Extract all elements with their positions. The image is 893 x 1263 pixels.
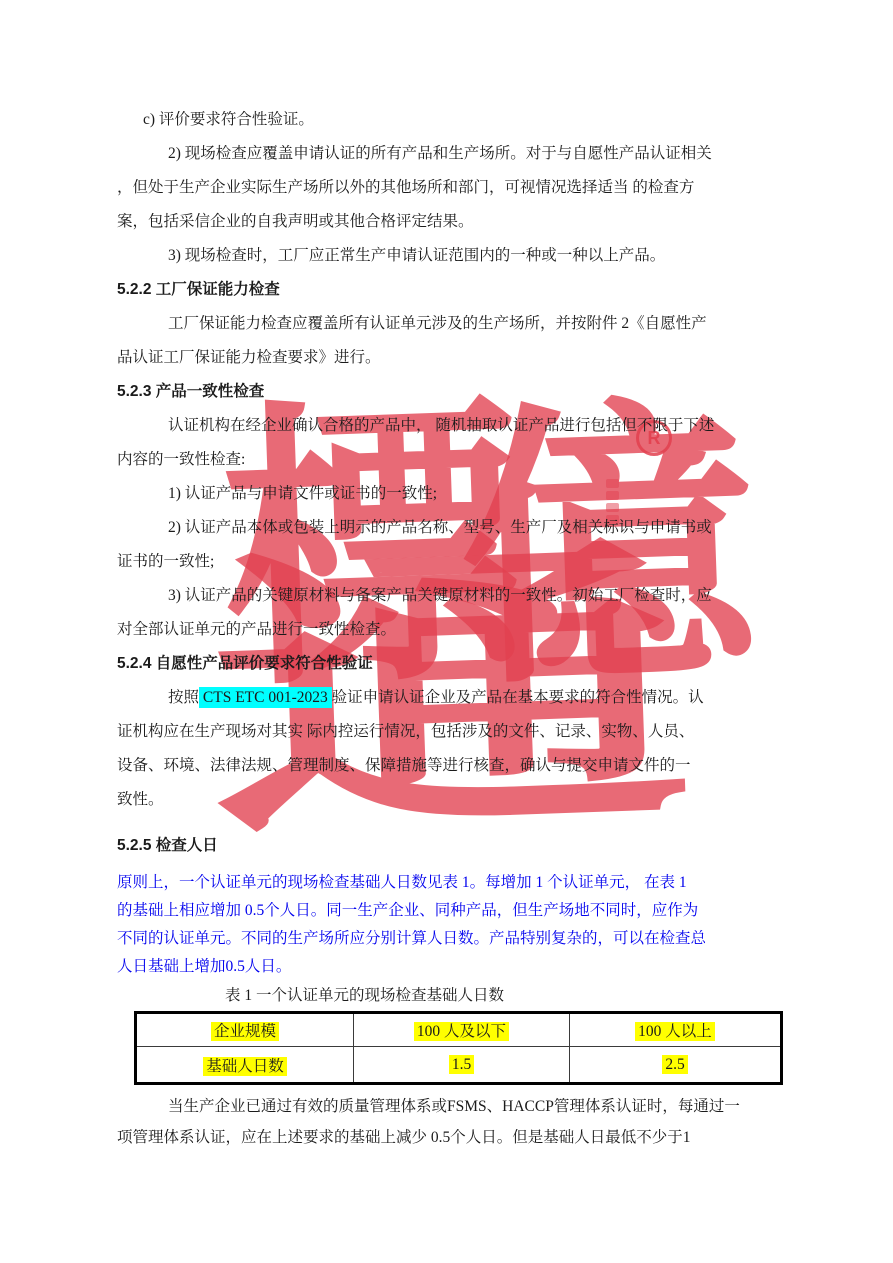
table-cell: 1.5	[354, 1047, 570, 1084]
table-caption: 表 1 一个认证单元的现场检查基础人日数	[117, 981, 777, 1011]
text-line: 设备、环境、法律法规、管理制度、保障措施等进行核查，确认与提交申请文件的一	[117, 749, 777, 783]
text-line: 认证机构在经企业确认合格的产品中， 随机抽取认证产品进行包括但不限于下述	[117, 409, 777, 443]
text-line: 证机构应在生产现场对其实 际内控运行情况，包括涉及的文件、记录、实物、人员、	[117, 715, 777, 749]
text-line-with-highlight: 按照 CTS ETC 001-2023 验证申请认证企业及产品在基本要求的符合性…	[117, 681, 777, 715]
text-line: 1) 认证产品与申请文件或证书的一致性;	[117, 477, 777, 511]
cell-highlight: 100 人及以下	[414, 1022, 509, 1041]
text-line: c) 评价要求符合性验证。	[117, 103, 777, 137]
text-line: ，但处于生产企业实际生产场所以外的其他场所和部门，可视情况选择适当 的检查方	[117, 171, 777, 205]
text-line: 致性。	[117, 783, 777, 817]
table-row: 基础人日数 1.5 2.5	[136, 1047, 782, 1084]
text-line: 的基础上相应增加 0.5个人日。同一生产企业、同种产品，但生产场地不同时，应作为	[117, 897, 777, 925]
table-row: 企业规模 100 人及以下 100 人以上	[136, 1013, 782, 1047]
text-line: 3) 现场检查时，工厂应正常生产申请认证范围内的一种或一种以上产品。	[117, 239, 777, 273]
section-heading-5-2-3: 5.2.3 产品一致性检查	[117, 375, 777, 409]
text-line: 品认证工厂保证能力检查要求》进行。	[117, 341, 777, 375]
table-cell: 2.5	[570, 1047, 782, 1084]
section-heading-5-2-4: 5.2.4 自愿性产品评价要求符合性验证	[117, 647, 777, 681]
table-cell: 基础人日数	[136, 1047, 354, 1084]
cell-highlight: 2.5	[662, 1055, 687, 1074]
document-content: c) 评价要求符合性验证。 2) 现场检查应覆盖申请认证的所有产品和生产场所。对…	[117, 103, 777, 1153]
text-line: 工厂保证能力检查应覆盖所有认证单元涉及的生产场所，并按附件 2《自愿性产	[117, 307, 777, 341]
text-line: 案，包括采信企业的自我声明或其他合格评定结果。	[117, 205, 777, 239]
text-line: 2) 现场检查应覆盖申请认证的所有产品和生产场所。对于与自愿性产品认证相关	[117, 137, 777, 171]
cell-highlight: 100 人以上	[635, 1022, 715, 1041]
text-line: 原则上，一个认证单元的现场检查基础人日数见表 1。每增加 1 个认证单元， 在表…	[117, 869, 777, 897]
table-cell: 100 人及以下	[354, 1013, 570, 1047]
cell-highlight: 企业规模	[211, 1022, 279, 1041]
closing-paragraph: 当生产企业已通过有效的质量管理体系或FSMS、HACCP管理体系认证时，每通过一…	[117, 1091, 777, 1153]
standard-code-highlight: CTS ETC 001-2023	[199, 687, 332, 708]
table-cell: 企业规模	[136, 1013, 354, 1047]
section-heading-5-2-5: 5.2.5 检查人日	[117, 829, 777, 863]
table-cell: 100 人以上	[570, 1013, 782, 1047]
blue-note-paragraph: 原则上，一个认证单元的现场检查基础人日数见表 1。每增加 1 个认证单元， 在表…	[117, 869, 777, 981]
document-page: { "colors": { "body_text": "#1b1b1b", "b…	[0, 0, 893, 1263]
text-line: 当生产企业已通过有效的质量管理体系或FSMS、HACCP管理体系认证时，每通过一	[117, 1091, 777, 1122]
text-line: 项管理体系认证，应在上述要求的基础上减少 0.5个人日。但是基础人日最低不少于1	[117, 1122, 777, 1153]
text-segment: 验证申请认证企业及产品在基本要求的符合性情况。认	[332, 689, 704, 706]
text-line: 对全部认证单元的产品进行一致性检查。	[117, 613, 777, 647]
text-line: 证书的一致性;	[117, 545, 777, 579]
text-line: 人日基础上增加0.5人日。	[117, 953, 777, 981]
text-line: 不同的认证单元。不同的生产场所应分别计算人日数。产品特别复杂的，可以在检查总	[117, 925, 777, 953]
section-heading-5-2-2: 5.2.2 工厂保证能力检查	[117, 273, 777, 307]
text-line: 3) 认证产品的关键原材料与备案产品关键原材料的一致性。初始工厂检查时，应	[117, 579, 777, 613]
text-segment: 按照	[168, 689, 199, 706]
cell-highlight: 1.5	[449, 1055, 474, 1074]
text-line: 2) 认证产品本体或包装上明示的产品名称、型号、生产厂及相关标识与申请书或	[117, 511, 777, 545]
man-days-table: 企业规模 100 人及以下 100 人以上 基础人日数 1.5 2.5	[134, 1011, 783, 1085]
cell-highlight: 基础人日数	[203, 1057, 287, 1076]
text-line: 内容的一致性检查:	[117, 443, 777, 477]
